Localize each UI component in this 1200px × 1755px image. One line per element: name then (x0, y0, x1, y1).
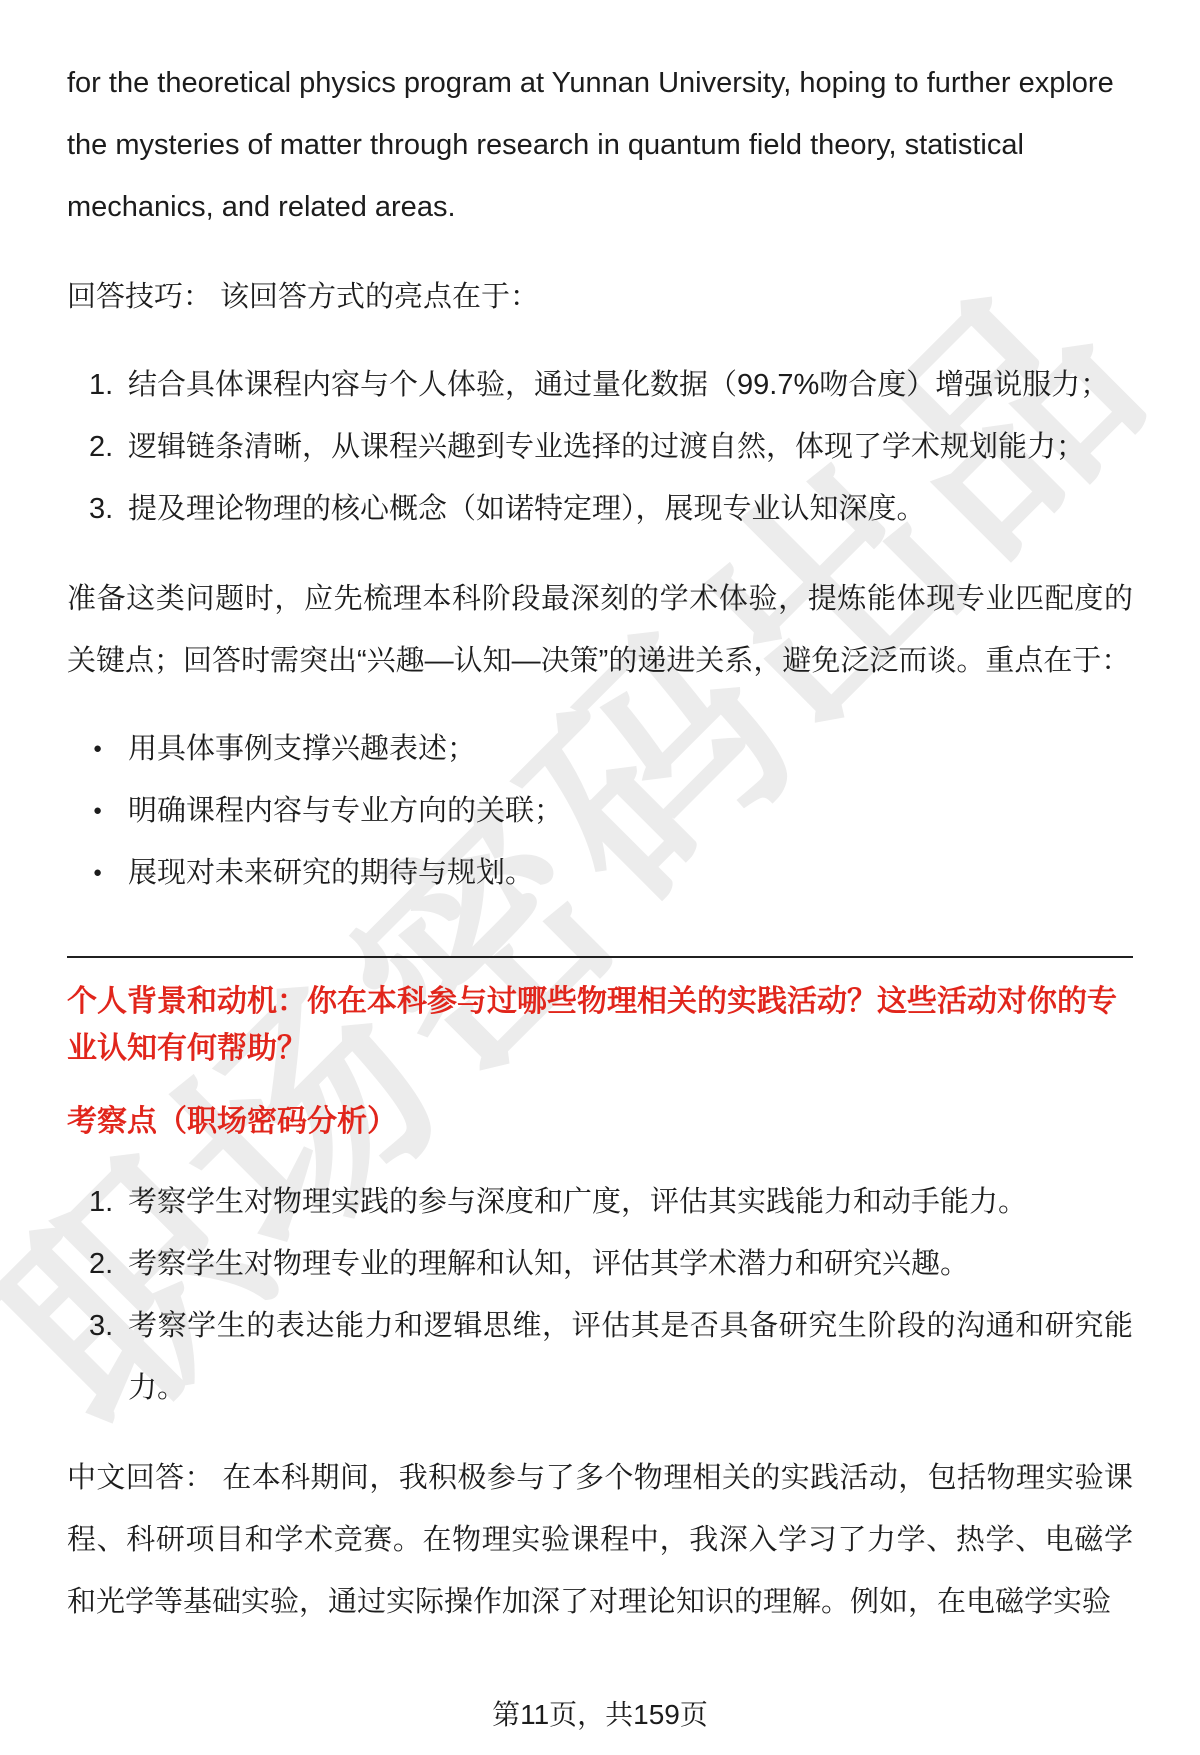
list-item-text: 展现对未来研究的期待与规划。 (128, 857, 534, 889)
list-item: 3. 提及理论物理的核心概念（如诺特定理），展现专业认知深度。 (67, 478, 1133, 540)
list-item-text: 结合具体课程内容与个人体验，通过量化数据（99.7%吻合度）增强说服力； (128, 369, 1109, 401)
list-item: 1. 考察学生对物理实践的参与深度和广度，评估其实践能力和动手能力。 (67, 1171, 1133, 1233)
document-page: 职场密码出品 for the theoretical physics progr… (0, 0, 1200, 1755)
key-points-list: ● 用具体事例支撑兴趣表述； ● 明确课程内容与专业方向的关联； ● 展现对未来… (67, 718, 1133, 904)
chinese-answer-paragraph: 中文回答： 在本科期间，我积极参与了多个物理相关的实践活动，包括物理实验课程、科… (67, 1447, 1133, 1633)
list-number: 2. (89, 1233, 113, 1295)
list-item: 1. 结合具体课程内容与个人体验，通过量化数据（99.7%吻合度）增强说服力； (67, 354, 1133, 416)
answer-tips-intro: 回答技巧： 该回答方式的亮点在于： (67, 266, 1133, 328)
page-number: 第11页，共159页 (0, 1699, 1200, 1731)
list-item: 2. 逻辑链条清晰，从课程兴趣到专业选择的过渡自然，体现了学术规划能力； (67, 416, 1133, 478)
question-heading: 个人背景和动机：你在本科参与过哪些物理相关的实践活动？这些活动对你的专业认知有何… (67, 978, 1133, 1072)
list-number: 2. (89, 416, 113, 478)
list-item: ● 用具体事例支撑兴趣表述； (67, 718, 1133, 780)
page-content: for the theoretical physics program at Y… (0, 0, 1200, 1633)
exam-points-list: 1. 考察学生对物理实践的参与深度和广度，评估其实践能力和动手能力。 2. 考察… (67, 1171, 1133, 1419)
list-item-text: 考察学生的表达能力和逻辑思维，评估其是否具备研究生阶段的沟通和研究能力。 (128, 1310, 1133, 1404)
list-item-text: 考察学生对物理专业的理解和认知，评估其学术潜力和研究兴趣。 (128, 1248, 969, 1280)
bullet-icon: ● (93, 842, 102, 904)
prep-paragraph: 准备这类问题时，应先梳理本科阶段最深刻的学术体验，提炼能体现专业匹配度的关键点；… (67, 568, 1133, 692)
bullet-icon: ● (93, 780, 102, 842)
list-item-text: 考察学生对物理实践的参与深度和广度，评估其实践能力和动手能力。 (128, 1186, 1027, 1218)
list-item: 2. 考察学生对物理专业的理解和认知，评估其学术潜力和研究兴趣。 (67, 1233, 1133, 1295)
list-number: 3. (89, 1295, 113, 1357)
list-item-text: 提及理论物理的核心概念（如诺特定理），展现专业认知深度。 (128, 493, 926, 525)
bullet-icon: ● (93, 718, 102, 780)
list-item: ● 展现对未来研究的期待与规划。 (67, 842, 1133, 904)
list-item: ● 明确课程内容与专业方向的关联； (67, 780, 1133, 842)
section-divider (67, 956, 1133, 958)
list-item-text: 逻辑链条清晰，从课程兴趣到专业选择的过渡自然，体现了学术规划能力； (128, 431, 1085, 463)
list-number: 1. (89, 1171, 113, 1233)
list-item-text: 用具体事例支撑兴趣表述； (128, 733, 476, 765)
list-number: 3. (89, 478, 113, 540)
exam-points-heading: 考察点（职场密码分析） (67, 1098, 1133, 1145)
list-item: 3. 考察学生的表达能力和逻辑思维，评估其是否具备研究生阶段的沟通和研究能力。 (67, 1295, 1133, 1419)
intro-paragraph-en: for the theoretical physics program at Y… (67, 52, 1133, 238)
list-number: 1. (89, 354, 113, 416)
highlights-list: 1. 结合具体课程内容与个人体验，通过量化数据（99.7%吻合度）增强说服力； … (67, 354, 1133, 540)
list-item-text: 明确课程内容与专业方向的关联； (128, 795, 563, 827)
